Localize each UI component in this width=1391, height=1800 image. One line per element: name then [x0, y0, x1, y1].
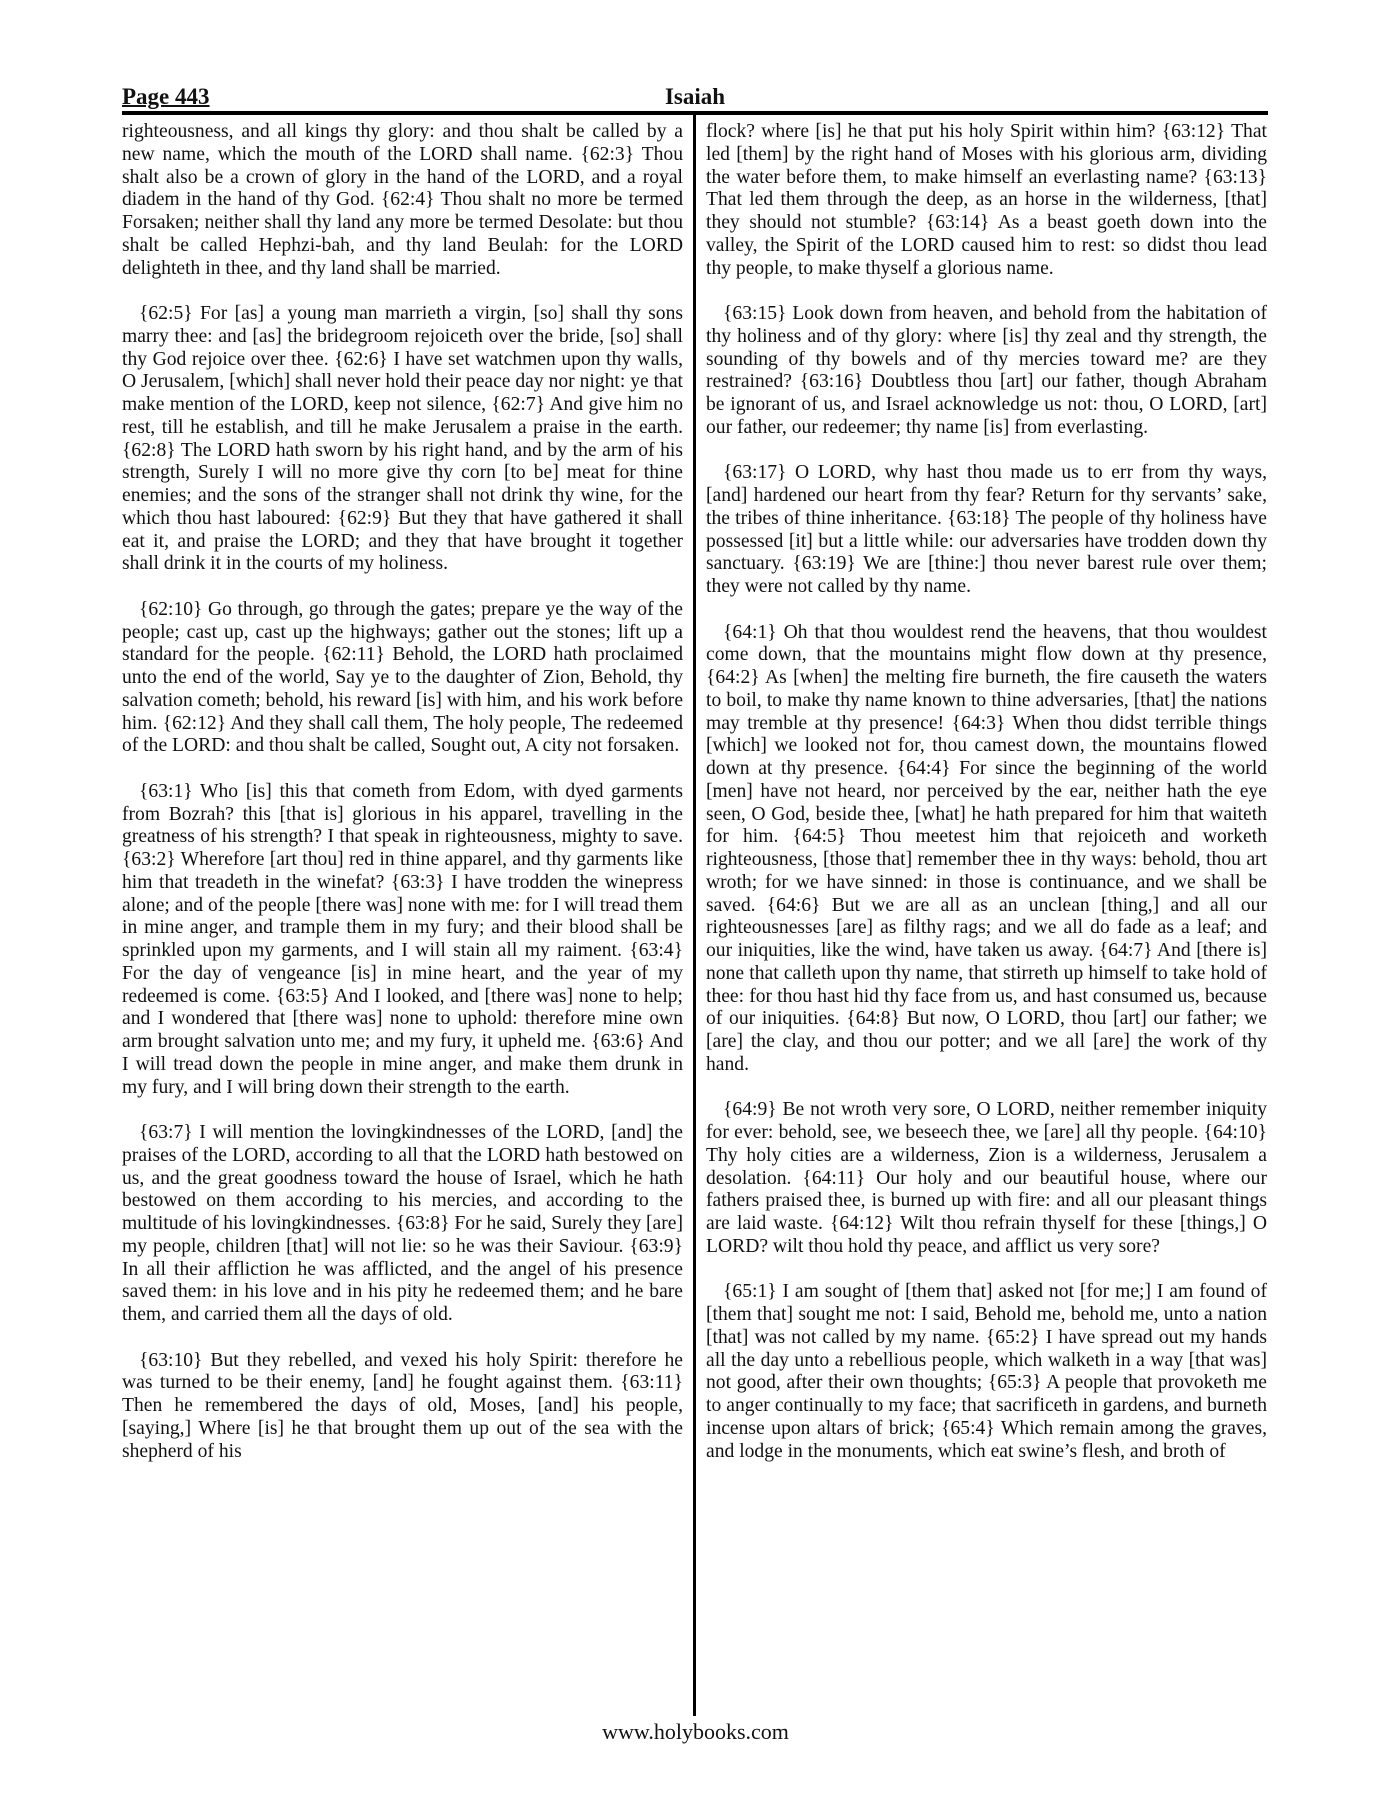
- paragraph: righteousness, and all kings thy glory: …: [122, 121, 683, 280]
- page-header: Page 443 Isaiah: [122, 84, 1268, 112]
- paragraph: {62:5} For [as] a young man marrieth a v…: [122, 303, 683, 576]
- left-column: righteousness, and all kings thy glory: …: [122, 121, 683, 1463]
- paragraph: flock? where [is] he that put his holy S…: [706, 121, 1267, 280]
- footer-website: www.holybooks.com: [0, 1718, 1391, 1746]
- paragraph: {62:10} Go through, go through the gates…: [122, 599, 683, 758]
- paragraph: {63:15} Look down from heaven, and behol…: [706, 303, 1267, 440]
- paragraph: {63:1} Who [is] this that cometh from Ed…: [122, 781, 683, 1100]
- paragraph: {64:1} Oh that thou wouldest rend the he…: [706, 622, 1267, 1077]
- column-divider: [693, 115, 696, 1716]
- right-column: flock? where [is] he that put his holy S…: [706, 121, 1267, 1463]
- paragraph: {64:9} Be not wroth very sore, O LORD, n…: [706, 1099, 1267, 1258]
- book-title: Isaiah: [122, 84, 1268, 110]
- paragraph: {65:1} I am sought of [them that] asked …: [706, 1281, 1267, 1463]
- paragraph: {63:10} But they rebelled, and vexed his…: [122, 1350, 683, 1464]
- paragraph: {63:17} O LORD, why hast thou made us to…: [706, 462, 1267, 599]
- paragraph: {63:7} I will mention the lovingkindness…: [122, 1122, 683, 1327]
